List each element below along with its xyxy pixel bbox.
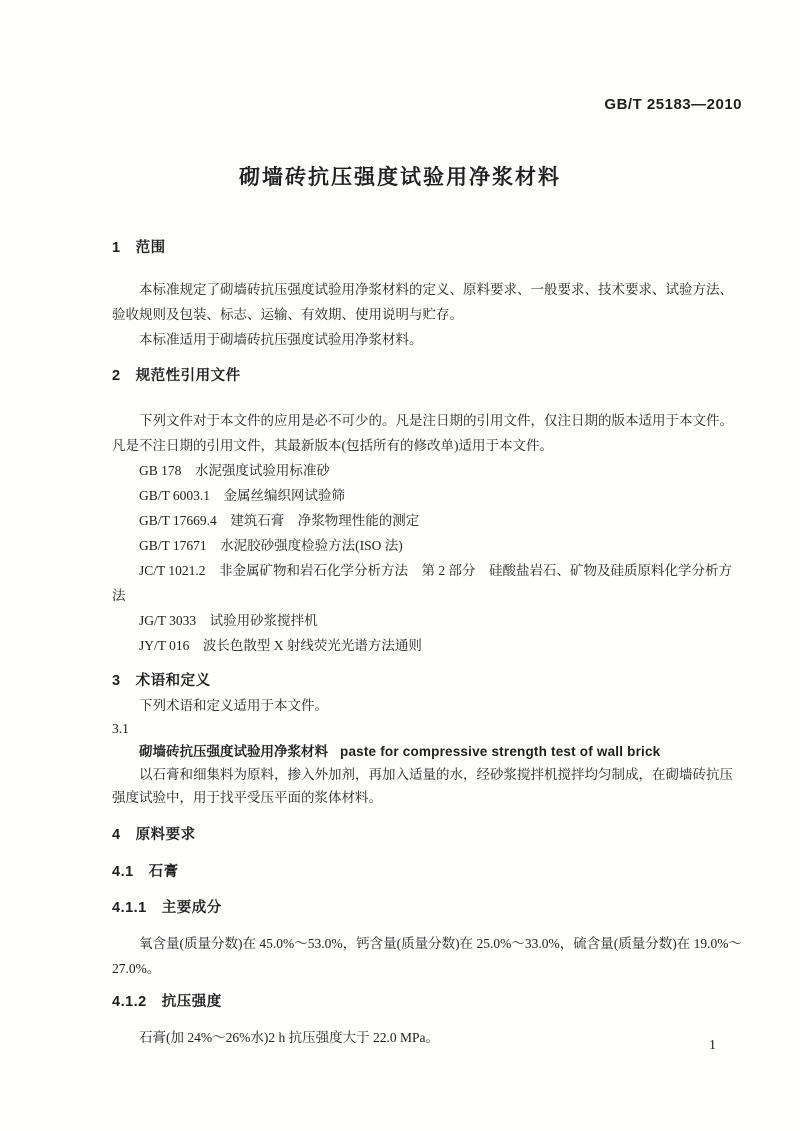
section-2-intro: 下列文件对于本文件的应用是必不可少的。凡是注日期的引用文件，仅注日期的版本适用于…	[112, 408, 742, 458]
section-4-1-2-paragraph: 石膏(加 24%～26%水)2 h 抗压强度大于 22.0 MPa。	[112, 1025, 742, 1050]
term-number: 3.1	[112, 717, 742, 740]
term-english: paste for compressive strength test of w…	[340, 744, 660, 759]
section-4-heading: 4 原料要求	[112, 825, 742, 845]
section-3-heading: 3 术语和定义	[112, 671, 742, 691]
section-4-1-1-paragraph: 氧含量(质量分数)在 45.0%～53.0%，钙含量(质量分数)在 25.0%～…	[112, 931, 742, 981]
section-4-1-2-heading: 4.1.2 抗压强度	[112, 992, 742, 1012]
section-4-1-1-body: 氧含量(质量分数)在 45.0%～53.0%，钙含量(质量分数)在 25.0%～…	[112, 931, 742, 981]
page-number: 1	[709, 1038, 716, 1054]
reference-item: JG/T 3033 试验用砂浆搅拌机	[112, 608, 742, 633]
reference-item: GB 178 水泥强度试验用标准砂	[112, 458, 742, 483]
standard-number: GB/T 25183—2010	[604, 96, 742, 113]
section-4-1-2-body: 石膏(加 24%～26%水)2 h 抗压强度大于 22.0 MPa。	[112, 1025, 742, 1050]
section-2-heading: 2 规范性引用文件	[112, 366, 742, 386]
section-4-1-1-heading: 4.1.1 主要成分	[112, 898, 742, 918]
term-entry: 砌墙砖抗压强度试验用净浆材料paste for compressive stre…	[112, 740, 742, 763]
document-page: GB/T 25183—2010 砌墙砖抗压强度试验用净浆材料 1 范围 本标准规…	[0, 0, 800, 1131]
term-definition: 以石膏和细集料为原料，掺入外加剂，再加入适量的水，经砂浆搅拌机搅拌均匀制成，在砌…	[112, 763, 742, 809]
section-4-1-heading: 4.1 石膏	[112, 862, 742, 882]
reference-item: GB/T 17669.4 建筑石膏 净浆物理性能的测定	[112, 508, 742, 533]
section-1-body: 本标准规定了砌墙砖抗压强度试验用净浆材料的定义、原料要求、一般要求、技术要求、试…	[112, 277, 742, 352]
section-2-body: 下列文件对于本文件的应用是必不可少的。凡是注日期的引用文件，仅注日期的版本适用于…	[112, 408, 742, 658]
section-3-intro: 下列术语和定义适用于本文件。	[112, 694, 742, 717]
term-chinese: 砌墙砖抗压强度试验用净浆材料	[139, 744, 328, 759]
section-3-body: 下列术语和定义适用于本文件。 3.1 砌墙砖抗压强度试验用净浆材料paste f…	[112, 694, 742, 809]
reference-item: JY/T 016 波长色散型 X 射线荧光光谱方法通则	[112, 633, 742, 658]
section-1-paragraph: 本标准适用于砌墙砖抗压强度试验用净浆材料。	[112, 327, 742, 352]
reference-item: GB/T 17671 水泥胶砂强度检验方法(ISO 法)	[112, 533, 742, 558]
reference-item: GB/T 6003.1 金属丝编织网试验筛	[112, 483, 742, 508]
section-1-paragraph: 本标准规定了砌墙砖抗压强度试验用净浆材料的定义、原料要求、一般要求、技术要求、试…	[112, 277, 742, 327]
section-1-heading: 1 范围	[112, 238, 742, 258]
document-title: 砌墙砖抗压强度试验用净浆材料	[0, 161, 800, 191]
reference-item: JC/T 1021.2 非金属矿物和岩石化学分析方法 第 2 部分 硅酸盐岩石、…	[112, 558, 742, 608]
